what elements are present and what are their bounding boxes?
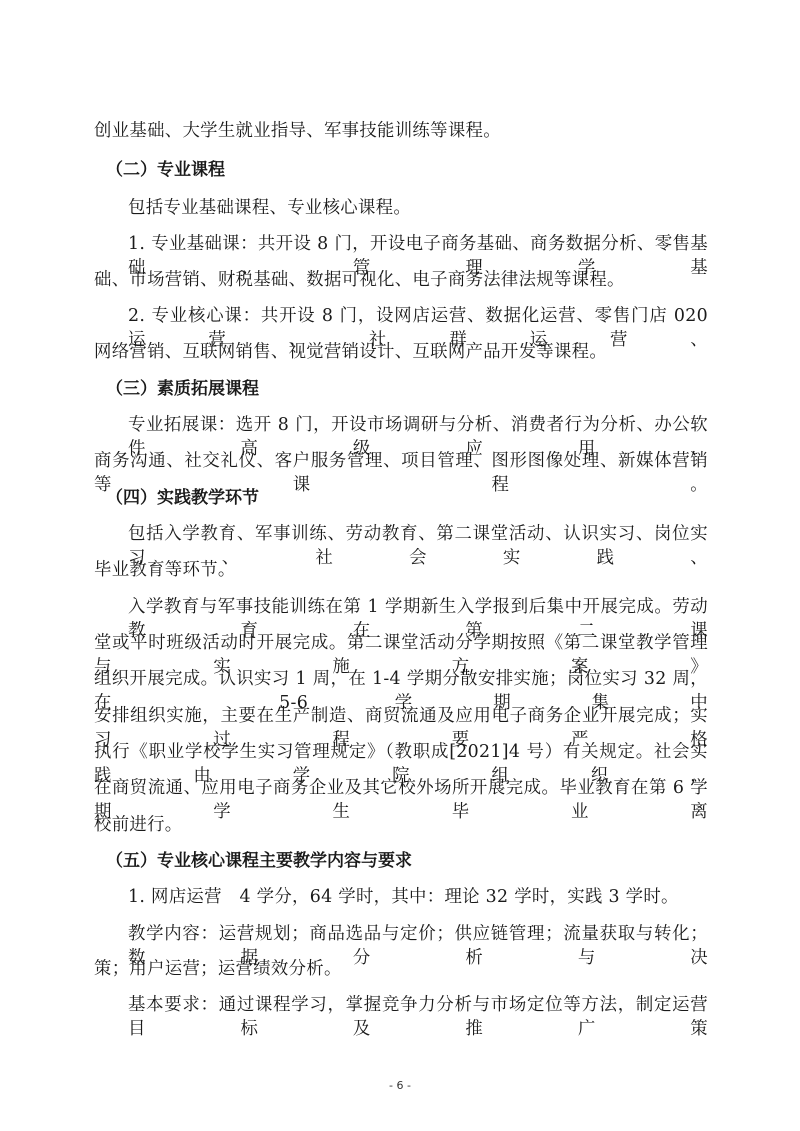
section-heading: （二）专业课程 xyxy=(94,158,720,182)
paragraph-line: 策；用户运营；运营绩效分析。 xyxy=(94,957,708,981)
paragraph-line: 网络营销、互联网销售、视觉营销设计、互联网产品开发等课程。 xyxy=(94,340,708,364)
section-heading: （五）专业核心课程主要教学内容与要求 xyxy=(94,849,720,873)
section-heading: （三）素质拓展课程 xyxy=(94,377,720,401)
paragraph-line: 基本要求：通过课程学习，掌握竞争力分析与市场定位等方法，制定运营目标及推广策 xyxy=(94,993,708,1041)
page-number: - 6 - xyxy=(0,1079,800,1092)
paragraph-line: 校前进行。 xyxy=(94,813,708,837)
section-heading: （四）实践教学环节 xyxy=(94,486,720,510)
paragraph-line: 创业基础、大学生就业指导、军事技能训练等课程。 xyxy=(94,119,708,143)
paragraph-line: 毕业教育等环节。 xyxy=(94,558,708,582)
paragraph-line: 1. 网店运营 4 学分，64 学时，其中：理论 32 学时，实践 3 学时。 xyxy=(94,885,708,909)
paragraph-line: 包括专业基础课程、专业核心课程。 xyxy=(94,196,708,220)
paragraph-line: 础、市场营销、财税基础、数据可视化、电子商务法律法规等课程。 xyxy=(94,268,708,292)
